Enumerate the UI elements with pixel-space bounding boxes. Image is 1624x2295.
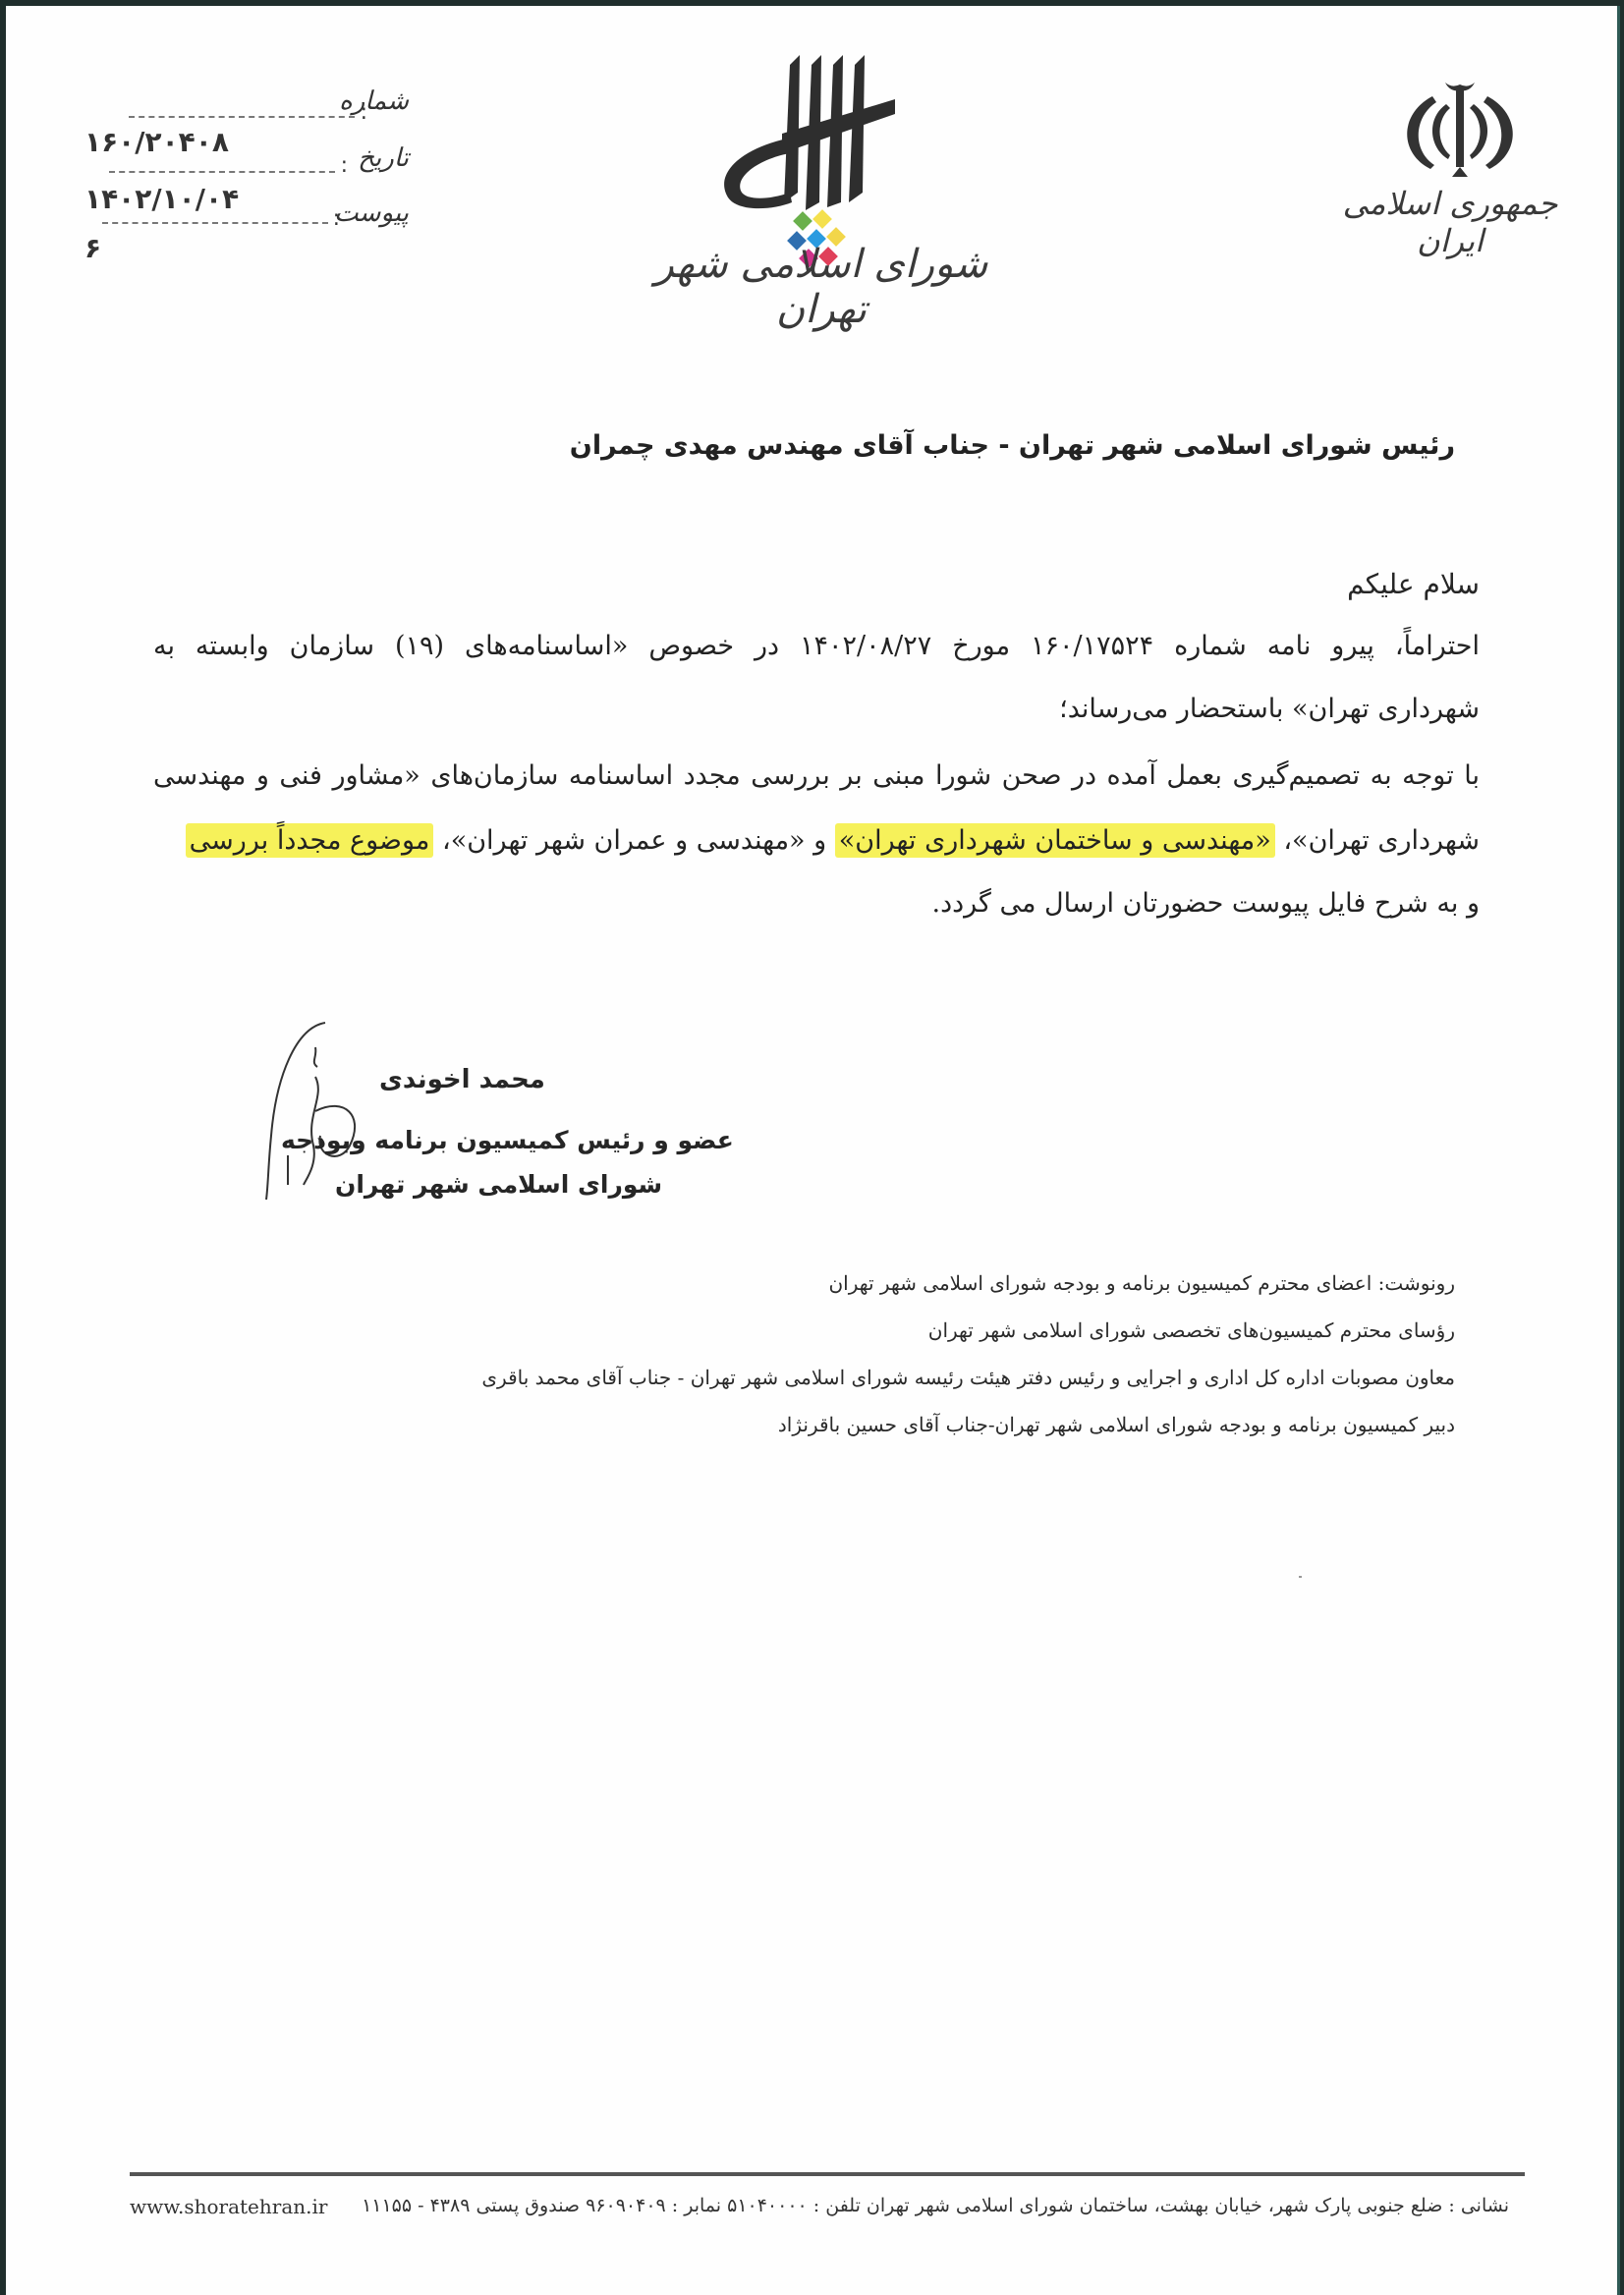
greeting: سلام علیکم [1347,568,1480,600]
meta-date-value: ۱۴۰۲/۱۰/۰۴ [84,183,239,215]
meta-number-label: شماره [339,86,409,116]
letter-page: شماره : ۱۶۰/۲۰۴۰۸ تاریخ : ۱۴۰۲/۱۰/۰۴ پیو… [6,6,1620,2295]
body-text: شهرداری تهران»، [1275,825,1480,856]
cc-line-2: رؤسای محترم کمیسیون‌های تخصصی شورای اسلا… [928,1318,1455,1342]
body-line-2: شهرداری تهران» باستحضار می‌رساند؛ [1059,694,1480,724]
iran-emblem-icon [1391,75,1529,183]
footer-website-link[interactable]: www.shoratehran.ir [130,2195,327,2218]
emblem-text: جمهوری اسلامی ایران [1342,185,1558,259]
council-name: شورای اسلامی شهر تهران [654,242,988,332]
signatory-title: عضو و رئیس کمیسیون برنامه وبودجه [281,1126,734,1154]
footer-divider [130,2172,1525,2176]
meta-dashed-line [109,171,335,173]
meta-dashed-line [102,222,328,224]
body-line-4: شهرداری تهران»، «مهندسی و ساختمان شهردار… [186,825,1480,856]
meta-attachment-label: پیوست [334,198,409,228]
signatory-organization: شورای اسلامی شهر تهران [335,1170,662,1199]
highlighted-text: موضوع مجدداً بررسی [186,823,434,858]
cc-line-1: رونوشت: اعضای محترم کمیسیون برنامه و بود… [828,1271,1455,1295]
body-line-1: احتراماً، پیرو نامه شماره ۱۶۰/۱۷۵۲۴ مورخ… [153,631,1480,661]
meta-colon: : [333,206,340,231]
meta-dashed-line [129,116,355,118]
body-line-3: با توجه به تصمیم‌گیری بعمل آمده در صحن ش… [153,760,1480,791]
scan-speck [1299,1576,1302,1578]
letter-meta: شماره : ۱۶۰/۲۰۴۰۸ تاریخ : ۱۴۰۲/۱۰/۰۴ پیو… [84,94,409,271]
highlighted-text: «مهندسی و ساختمان شهرداری تهران» [835,823,1275,858]
cc-line-3: معاون مصوبات اداره کل اداری و اجرایی و ر… [481,1366,1455,1389]
meta-colon: : [341,153,348,178]
meta-attachment-value: ۶ [84,232,101,264]
addressee: رئیس شورای اسلامی شهر تهران - جناب آقای … [570,430,1455,461]
signatory-name: محمد اخوندی [379,1065,545,1094]
meta-number-value: ۱۶۰/۲۰۴۰۸ [84,126,229,158]
body-line-5: و به شرح فایل پیوست حضورتان ارسال می گرد… [932,888,1481,919]
meta-date-label: تاریخ [358,143,409,173]
body-text: و «مهندسی و عمران شهر تهران»، [433,825,834,856]
cc-line-4: دبیر کمیسیون برنامه و بودجه شورای اسلامی… [778,1413,1455,1436]
meta-colon: : [361,100,367,125]
footer-address: نشانی : ضلع جنوبی پارک شهر، خیابان بهشت،… [362,2195,1509,2216]
